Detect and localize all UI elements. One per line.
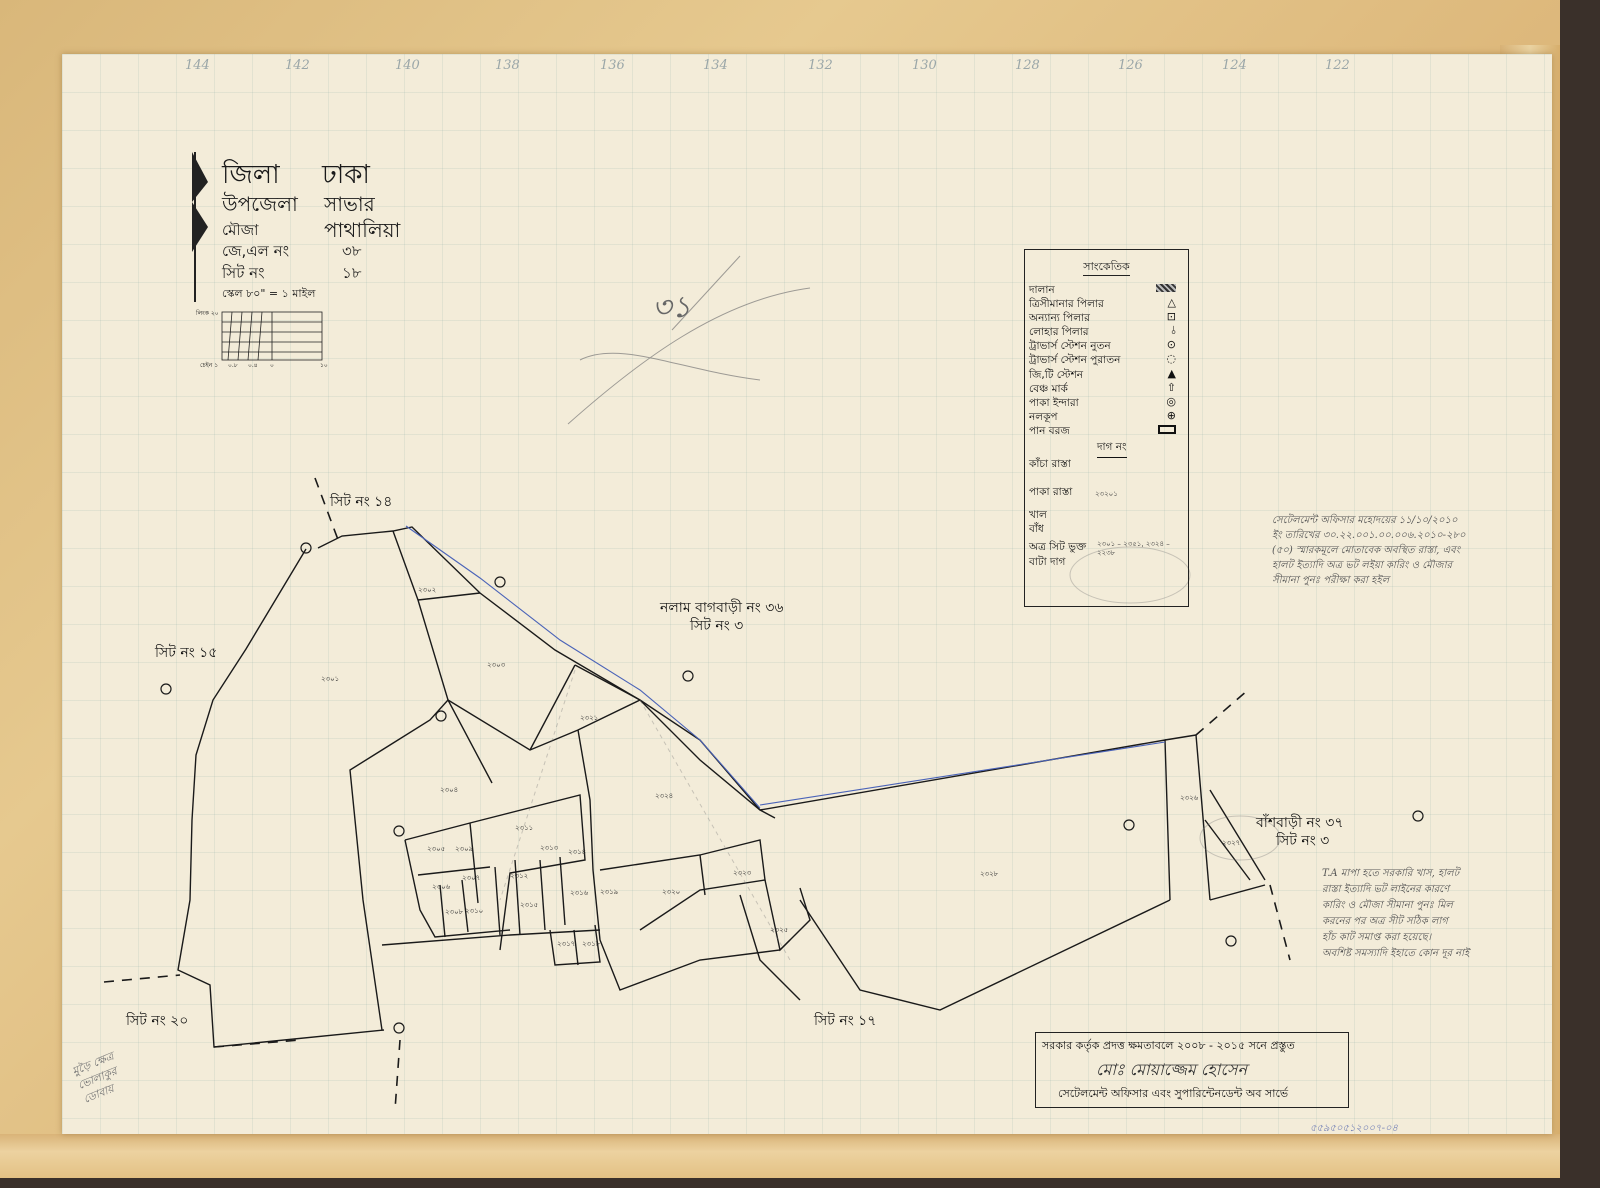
svg-text:২৩০১: ২৩০১ xyxy=(321,675,339,683)
legend-item-bata-dag: বাটা দাগ xyxy=(1029,555,1065,572)
pucca-road-dag: ২৩২০১ xyxy=(1095,488,1118,500)
scale-text: স্কেল ৮০" = ১ মাইল xyxy=(222,285,316,304)
svg-text:২৩২১: ২৩২১ xyxy=(580,714,598,722)
iron-pillar-icon: ⫰ xyxy=(1171,325,1176,337)
svg-text:২৩১৭: ২৩১৭ xyxy=(557,940,575,948)
label-sheet-14: সিট নং ১৪ xyxy=(330,490,392,514)
sheet-number-label: সিট নং xyxy=(222,262,265,287)
svg-text:২৩২৬: ২৩২৬ xyxy=(1180,794,1199,802)
svg-text:২৩২৮: ২৩২৮ xyxy=(980,870,999,878)
svg-text:২৩১০: ২৩১০ xyxy=(465,907,483,915)
circle-plus-icon: ⊕ xyxy=(1167,410,1176,422)
legend-title: সাংকেতিক xyxy=(1025,258,1188,277)
officer-signature: মোঃ মোয়াজ্জেম হোসেন xyxy=(1096,1057,1247,1084)
label-adjacent-sheet-3-east: সিট নং ৩ xyxy=(1276,829,1329,853)
svg-text:২৩১৮: ২৩১৮ xyxy=(582,940,601,948)
handwritten-note-ta-survey: T.A মাপা হতে সরকারি খাস, হালট রাস্তা ইত্… xyxy=(1322,866,1469,962)
officer-designation: সেটেলমেন্ট অফিসার এবং সুপারিন্টেনডেন্ট অ… xyxy=(1058,1085,1288,1104)
legend-item-kutcha-road: কাঁচা রাস্তা xyxy=(1029,457,1071,474)
double-circle-icon: ◎ xyxy=(1166,396,1176,408)
svg-text:২৩২০: ২৩২০ xyxy=(662,888,680,896)
scale-x-label: ১০ xyxy=(320,360,328,371)
mouza-value: পাথালিয়া xyxy=(324,216,400,249)
svg-text:২৩০৫: ২৩০৫ xyxy=(427,845,445,853)
svg-text:২৩২৫: ২৩২৫ xyxy=(770,926,788,934)
certification-statement: সরকার কর্তৃক প্রদত্ত ক্ষমতাবলে ২০০৮ - ২০… xyxy=(1042,1037,1295,1056)
svg-text:২৩০৮: ২৩০৮ xyxy=(445,908,464,916)
sheet-serial-number: ৫৫৯৫০৫১২০০৭-০৪ xyxy=(1310,1121,1398,1138)
sheet-number-value: ১৮ xyxy=(342,262,361,287)
certification-box: সরকার কর্তৃক প্রদত্ত ক্ষমতাবলে ২০০৮ - ২০… xyxy=(1035,1032,1349,1108)
svg-text:২৩১৪: ২৩১৪ xyxy=(568,848,586,856)
svg-text:২৩০৯: ২৩০৯ xyxy=(455,845,474,853)
svg-text:২৩০৩: ২৩০৩ xyxy=(487,661,506,669)
legend-item-pucca-road: পাকা রাস্তা xyxy=(1029,485,1072,502)
triangle-icon: △ xyxy=(1168,297,1176,309)
label-sheet-17: সিট নং ১৭ xyxy=(814,1009,876,1033)
scale-x-label: চেইন ১ xyxy=(200,360,218,371)
svg-text:২৩১৬: ২৩১৬ xyxy=(570,889,589,897)
svg-text:২৩১২: ২৩১২ xyxy=(510,872,528,880)
scale-x-label: ০ xyxy=(270,360,274,371)
svg-text:২৩২৩: ২৩২৩ xyxy=(733,869,752,877)
scale-x-label: ০.৪ xyxy=(248,360,258,371)
svg-text:২৩০৪: ২৩০৪ xyxy=(440,786,458,794)
svg-text:২৩১১: ২৩১১ xyxy=(515,824,533,832)
svg-text:২৩২৪: ২৩২৪ xyxy=(655,792,673,800)
square-dot-icon: ⊡ xyxy=(1167,311,1176,323)
dotted-circle-icon: ◌ xyxy=(1166,353,1176,365)
label-sheet-15: সিট নং ১৫ xyxy=(155,641,217,665)
circle-dot-icon: ⊙ xyxy=(1167,339,1176,351)
sheet-included-dag-range: ২৩০১ – ২৩৫১, ২৩২৪ – ২২৩৮ xyxy=(1097,540,1177,558)
title-rule xyxy=(194,152,196,302)
svg-text:২৩১৫: ২৩১৫ xyxy=(520,901,538,909)
svg-text:২৩২৭: ২৩২৭ xyxy=(1222,839,1240,847)
scale-y-label: লিংক ২০ xyxy=(196,308,219,319)
legend-item-betel-garden: পান বরজ xyxy=(1029,424,1070,441)
scale-x-label: ০.৮ xyxy=(228,360,238,371)
handwritten-note-verification: সেটেলমেন্ট অফিসার মহোদয়ের ১১/১০/২০১০ ইং… xyxy=(1272,513,1465,588)
scale-diagonal-grid xyxy=(214,310,324,362)
legend-box: সাংকেতিক দালান ত্রিসীমানার পিলার △ অন্যা… xyxy=(1024,249,1189,607)
svg-text:২৩০২: ২৩০২ xyxy=(418,586,436,594)
svg-text:২৩০৬: ২৩০৬ xyxy=(432,883,451,891)
bench-mark-icon: ⇧ xyxy=(1167,382,1176,394)
svg-text:২৩০৭: ২৩০৭ xyxy=(462,874,480,882)
label-sheet-20: সিট নং ২০ xyxy=(126,1009,188,1033)
filled-triangle-icon: ▲ xyxy=(1168,368,1176,380)
legend-dag-header: দাগ নং xyxy=(1097,440,1127,458)
title-block: জিলা ঢাকা উপজেলা সাভার মৌজা পাথালিয়া জে… xyxy=(192,152,452,392)
hatched-box-icon xyxy=(1156,284,1176,292)
legend-item-embankment: বাঁধ xyxy=(1029,522,1044,539)
header-pencil-table xyxy=(390,105,970,145)
betel-box-icon xyxy=(1158,425,1176,434)
label-adjacent-sheet-3: সিট নং ৩ xyxy=(690,614,743,638)
pencil-mark: ৩১ xyxy=(652,300,691,315)
svg-text:২৩১৯: ২৩১৯ xyxy=(600,888,619,896)
svg-text:২৩১৩: ২৩১৩ xyxy=(540,844,559,852)
